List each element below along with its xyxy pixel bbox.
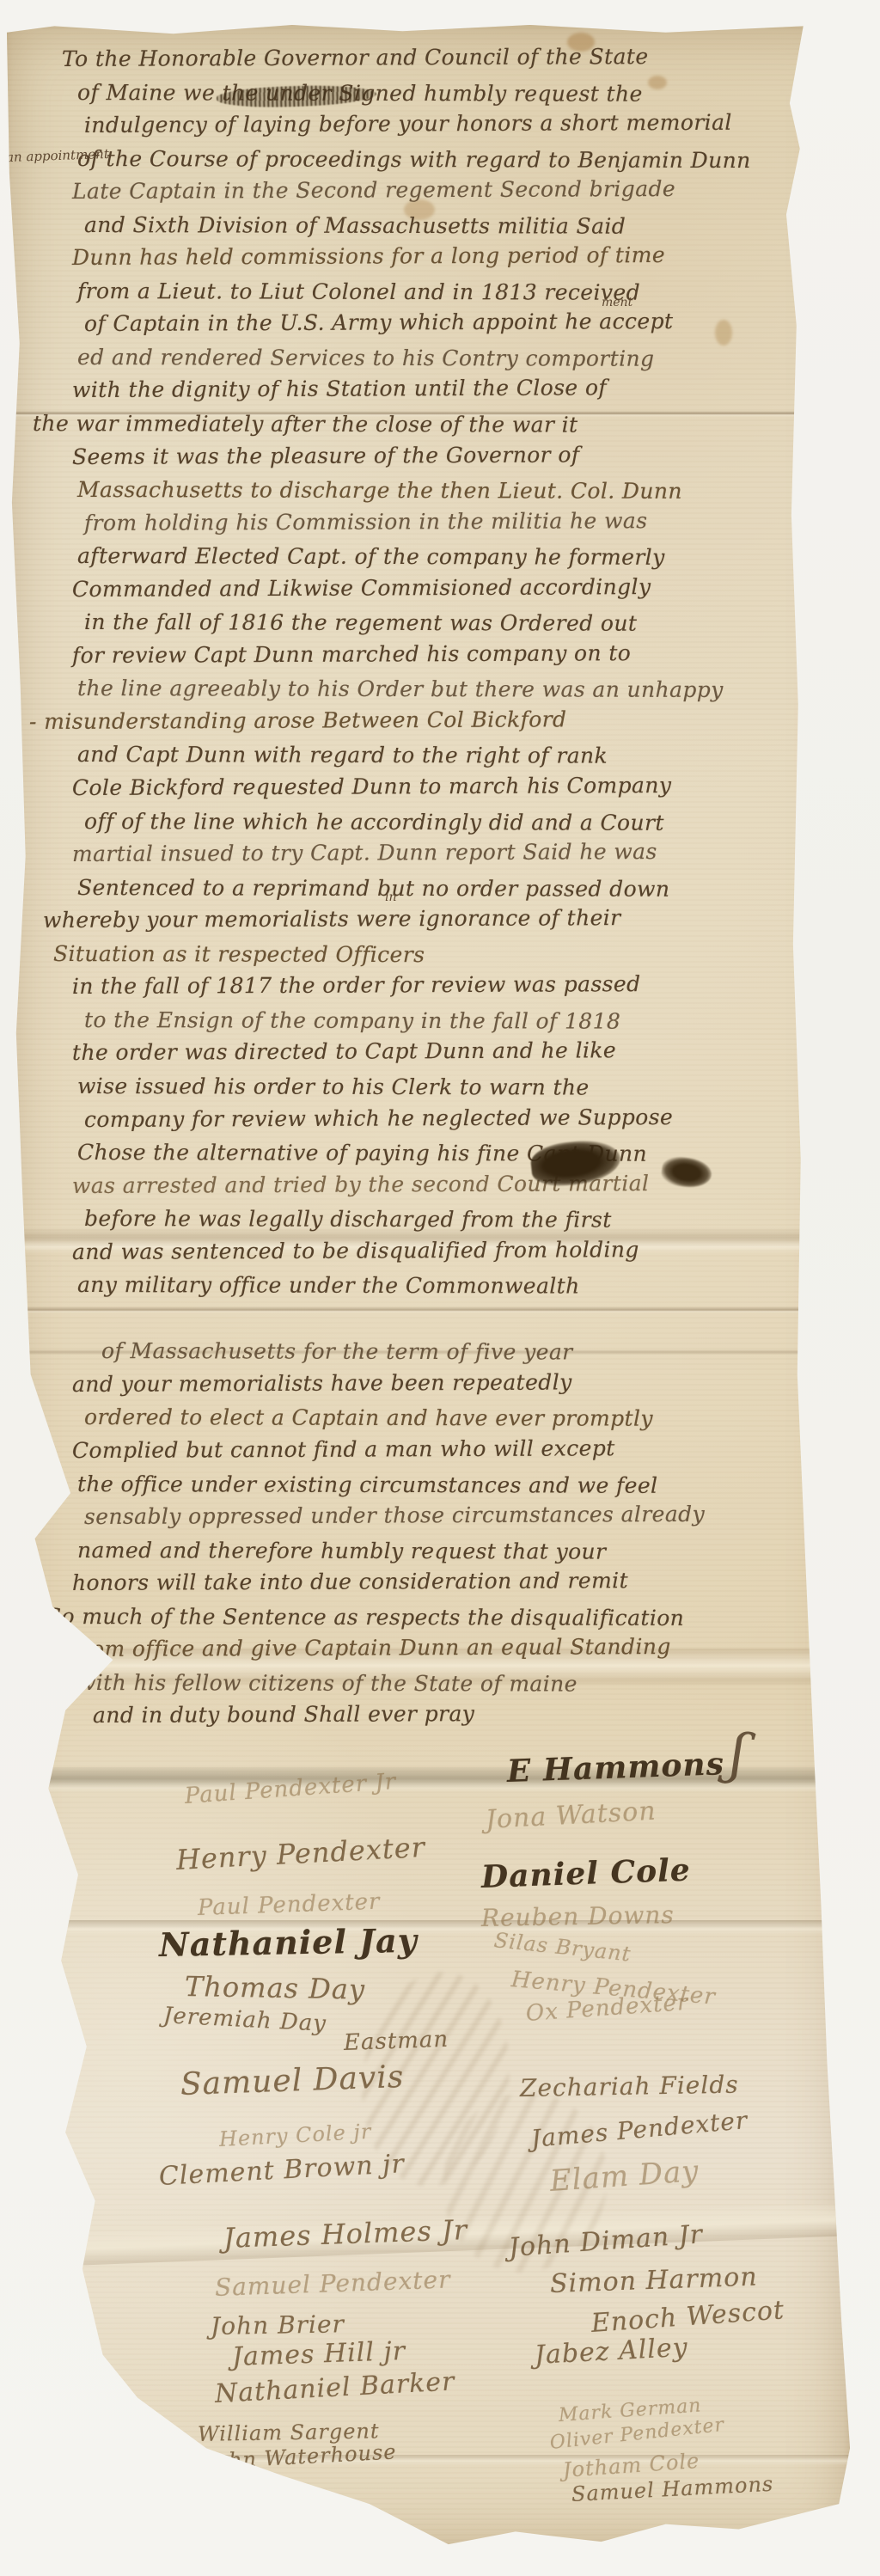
manuscript-line: from holding his Commission in the milit… (84, 507, 804, 543)
manuscript-paper: To the Honorable Governor and Council of… (3, 22, 852, 2549)
signature: Eastman (343, 2027, 449, 2056)
signature: Clement Brown jr (158, 2149, 405, 2192)
fold-crease (3, 1920, 852, 1934)
signature: Paul Pendexter (197, 1889, 380, 1921)
signature: Henry Pendexter (175, 1831, 426, 1876)
manuscript-line: whereby your memorialists were ignorance… (43, 904, 804, 940)
manuscript-line: indulgency of laying before your honors … (84, 109, 804, 145)
manuscript-line: from office and give Captain Dunn an equ… (72, 1634, 804, 1670)
manuscript-line: for review Capt Dunn marched his company… (72, 639, 804, 676)
manuscript-line: Dunn has held commissions for a long per… (72, 242, 804, 278)
scanned-document: To the Honorable Governor and Council of… (0, 0, 880, 2576)
signature: Jona Watson (485, 1796, 657, 1835)
manuscript-line: of Captain in the U.S. Army which appoin… (84, 309, 804, 345)
manuscript-line: - misunderstanding arose Between Col Bic… (29, 706, 804, 742)
manuscript-line: with the dignity of his Station until th… (72, 375, 804, 411)
manuscript-line: Commanded and Likwise Commisioned accord… (72, 573, 804, 609)
signature: Thomas Day (185, 1970, 366, 2006)
signature: James Hill jr (231, 2336, 406, 2372)
manuscript-line: company for review which he neglected we… (84, 1104, 804, 1140)
fold-crease (3, 1767, 852, 1793)
manuscript-line: Seems it was the pleasure of the Governo… (72, 441, 804, 477)
signature: Jabez Alley (534, 2333, 688, 2371)
manuscript-lines: To the Honorable Governor and Council of… (48, 46, 804, 1736)
manuscript-line: To the Honorable Governor and Council of… (62, 43, 804, 79)
manuscript-line: martial insued to try Capt. Dunn report … (72, 838, 804, 874)
manuscript-line: Late Captain in the Second regement Seco… (72, 175, 804, 211)
manuscript-line: any military office under the Commonweal… (77, 1272, 804, 1307)
manuscript-line: and was sentenced to be disqualified fro… (72, 1236, 804, 1272)
manuscript-line: wise issued his order to his Clerk to wa… (77, 1074, 804, 1109)
signature: Nathaniel Barker (214, 2366, 455, 2409)
manuscript-line: and in duty bound Shall ever pray (93, 1700, 804, 1736)
signature: John Brier (211, 2310, 345, 2340)
signature: Simon Harmon (549, 2262, 758, 2299)
manuscript-line: and your memorialists have been repeated… (72, 1368, 804, 1404)
fold-crease (3, 2455, 852, 2465)
signature: Samuel Pendexter (214, 2265, 451, 2302)
signature: Reuben Downs (481, 1900, 675, 1932)
manuscript-line: Complied but cannot find a man who will … (72, 1435, 804, 1471)
signature: Henry Cole jr (218, 2120, 372, 2151)
signature: E Hammons (506, 1746, 724, 1790)
manuscript-line: the order was directed to Capt Dunn and … (72, 1037, 804, 1074)
interlinear-insert: in (385, 890, 397, 904)
signature: Enoch Wescot (590, 2295, 785, 2339)
pen-flourish (185, 2464, 294, 2538)
signature: Nathaniel Jay (159, 1921, 418, 1964)
manuscript-line: the war immediately after the close of t… (33, 411, 804, 446)
manuscript-line: before he was legally discharged from th… (84, 1206, 804, 1241)
manuscript-line: Massachusetts to discharge the then Lieu… (77, 477, 804, 512)
interlinear-insert: ment (602, 296, 632, 309)
signature: Zechariah Fields (520, 2071, 739, 2102)
signature: Daniel Cole (480, 1852, 691, 1895)
manuscript-line: sensably oppressed under those circumsta… (84, 1501, 804, 1537)
manuscript-line: in the fall of 1817 the order for review… (72, 971, 804, 1007)
manuscript-line: honors will take into due consideration … (72, 1567, 804, 1603)
manuscript-line (84, 1302, 804, 1338)
manuscript-line: Cole Bickford requested Dunn to march hi… (72, 772, 804, 808)
signature: Jeremiah Day (162, 2003, 327, 2037)
